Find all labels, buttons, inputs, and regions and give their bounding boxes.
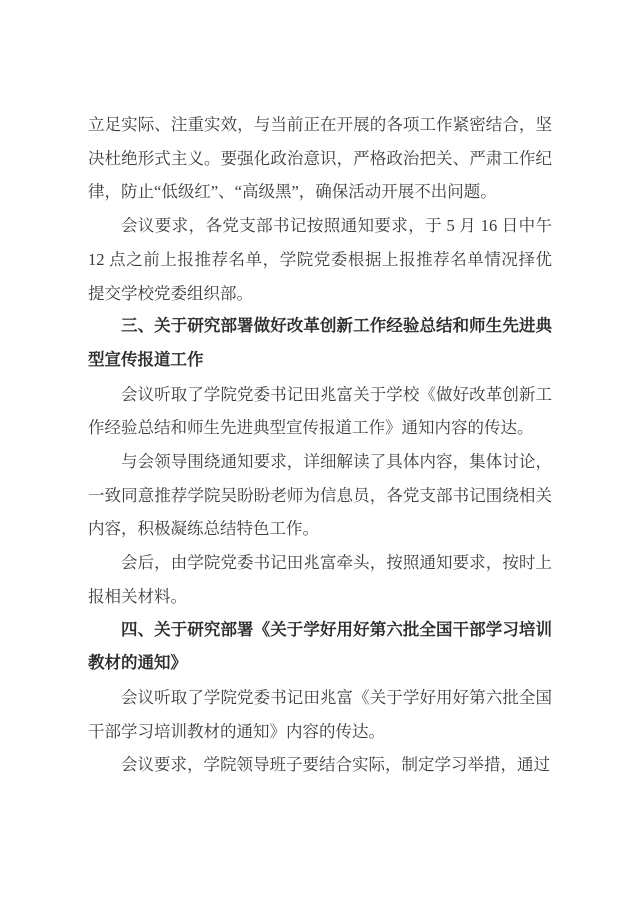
document-page: 立足实际、注重实效，与当前正在开展的各项工作紧密结合，坚决杜绝形式主义。要强化政… bbox=[0, 0, 639, 905]
document-body: 立足实际、注重实效，与当前正在开展的各项工作紧密结合，坚决杜绝形式主义。要强化政… bbox=[88, 108, 552, 782]
body-paragraph: 会议要求，各党支部书记按照通知要求，于 5 月 16 日中午 12 点之前上报推… bbox=[88, 209, 552, 310]
body-paragraph: 会议要求，学院领导班子要结合实际，制定学习举措，通过 bbox=[88, 748, 552, 782]
body-paragraph: 会议听取了学院党委书记田兆富关于学校《做好改革创新工作经验总结和师生先进典型宣传… bbox=[88, 378, 552, 445]
body-paragraph: 会后，由学院党委书记田兆富牵头，按照通知要求，按时上报相关材料。 bbox=[88, 546, 552, 613]
section-heading-four: 四、关于研究部署《关于学好用好第六批全国干部学习培训教材的通知》 bbox=[88, 614, 552, 681]
body-paragraph: 会议听取了学院党委书记田兆富《关于学好用好第六批全国干部学习培训教材的通知》内容… bbox=[88, 681, 552, 748]
body-paragraph: 与会领导围绕通知要求，详细解读了具体内容，集体讨论，一致同意推荐学院吴盼盼老师为… bbox=[88, 445, 552, 546]
body-paragraph-continuation: 立足实际、注重实效，与当前正在开展的各项工作紧密结合，坚决杜绝形式主义。要强化政… bbox=[88, 108, 552, 209]
section-heading-three: 三、关于研究部署做好改革创新工作经验总结和师生先进典型宣传报道工作 bbox=[88, 310, 552, 377]
